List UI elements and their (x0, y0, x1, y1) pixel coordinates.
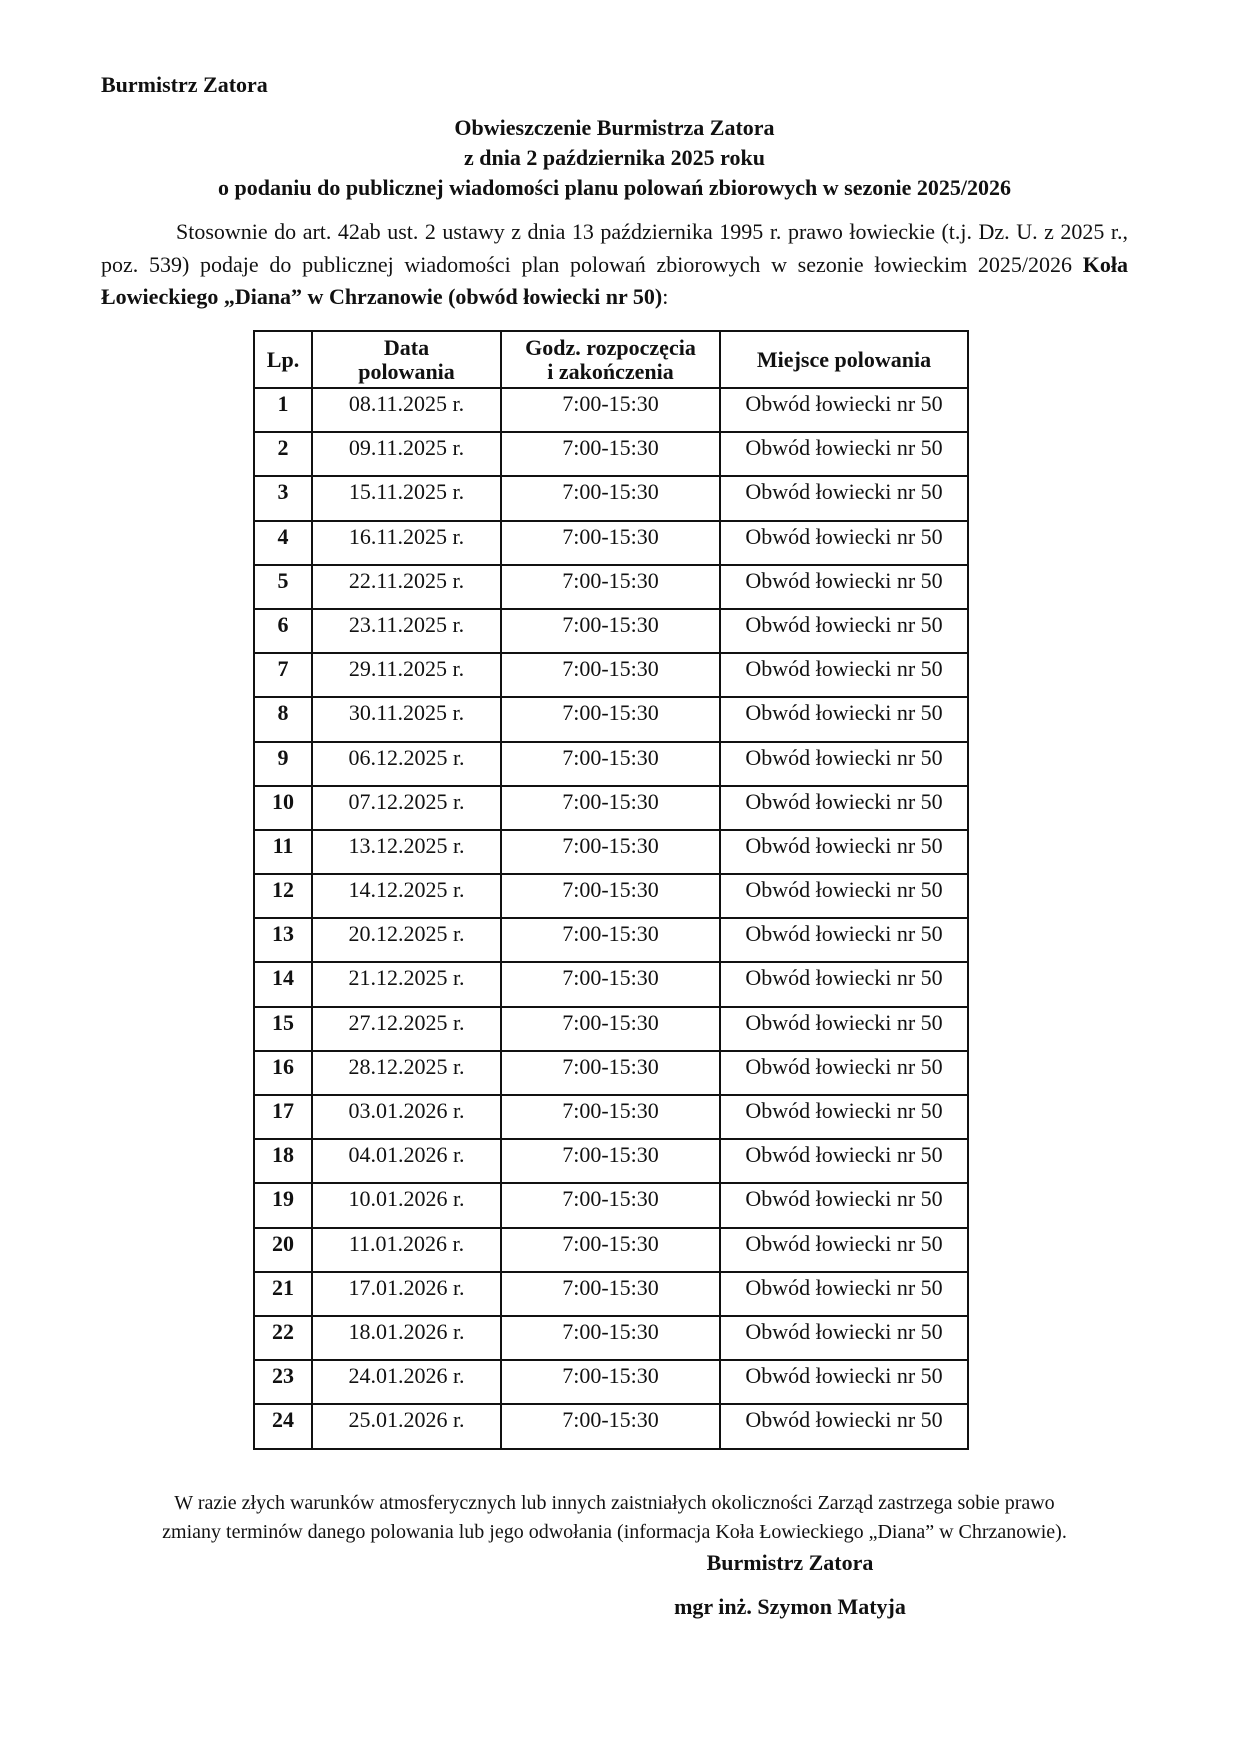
cell-date: 28.12.2025 r. (312, 1051, 501, 1095)
title-line-2: z dnia 2 października 2025 roku (101, 143, 1128, 173)
table-row: 1703.01.2026 r.7:00-15:30Obwód łowiecki … (254, 1095, 968, 1139)
cell-place: Obwód łowiecki nr 50 (720, 830, 968, 874)
cell-date: 17.01.2026 r. (312, 1272, 501, 1316)
cell-place: Obwód łowiecki nr 50 (720, 653, 968, 697)
hunt-schedule-table: Lp.DatapolowaniaGodz. rozpoczęciai zakoń… (253, 330, 969, 1450)
cell-date: 27.12.2025 r. (312, 1007, 501, 1051)
table-row: 2324.01.2026 r.7:00-15:30Obwód łowiecki … (254, 1360, 968, 1404)
header-hours-line: Godz. rozpoczęcia (502, 336, 719, 360)
title-line-1: Obwieszczenie Burmistrza Zatora (101, 113, 1128, 143)
table-row: 1421.12.2025 r.7:00-15:30Obwód łowiecki … (254, 962, 968, 1006)
cell-place: Obwód łowiecki nr 50 (720, 521, 968, 565)
cell-place: Obwód łowiecki nr 50 (720, 1095, 968, 1139)
title-line-3: o podaniu do publicznej wiadomości planu… (101, 173, 1128, 203)
cell-place: Obwód łowiecki nr 50 (720, 874, 968, 918)
cell-place: Obwód łowiecki nr 50 (720, 1316, 968, 1360)
cell-hours: 7:00-15:30 (501, 1007, 720, 1051)
document-title: Obwieszczenie Burmistrza Zatora z dnia 2… (101, 113, 1128, 203)
cell-hours: 7:00-15:30 (501, 1272, 720, 1316)
header-date-line: Data (313, 336, 500, 360)
cell-lp: 10 (254, 786, 312, 830)
cell-place: Obwód łowiecki nr 50 (720, 1404, 968, 1448)
table-row: 209.11.2025 r.7:00-15:30Obwód łowiecki n… (254, 432, 968, 476)
header-date-line: polowania (313, 360, 500, 384)
table-body: 108.11.2025 r.7:00-15:30Obwód łowiecki n… (254, 388, 968, 1449)
cell-lp: 7 (254, 653, 312, 697)
cell-lp: 14 (254, 962, 312, 1006)
signature-name: mgr inż. Szymon Matyja (600, 1592, 980, 1622)
cell-date: 08.11.2025 r. (312, 388, 501, 432)
cell-hours: 7:00-15:30 (501, 1228, 720, 1272)
header-hours: Godz. rozpoczęciai zakończenia (501, 331, 720, 388)
cell-hours: 7:00-15:30 (501, 609, 720, 653)
body-text: Stosownie do art. 42ab ust. 2 ustawy z d… (101, 219, 1128, 277)
cell-place: Obwód łowiecki nr 50 (720, 697, 968, 741)
cell-place: Obwód łowiecki nr 50 (720, 432, 968, 476)
table-row: 906.12.2025 r.7:00-15:30Obwód łowiecki n… (254, 742, 968, 786)
cell-place: Obwód łowiecki nr 50 (720, 1007, 968, 1051)
cell-lp: 8 (254, 697, 312, 741)
cell-lp: 21 (254, 1272, 312, 1316)
cell-hours: 7:00-15:30 (501, 432, 720, 476)
cell-hours: 7:00-15:30 (501, 1404, 720, 1448)
issuer-heading: Burmistrz Zatora (101, 70, 268, 100)
cell-date: 25.01.2026 r. (312, 1404, 501, 1448)
cell-date: 21.12.2025 r. (312, 962, 501, 1006)
body-paragraph: Stosownie do art. 42ab ust. 2 ustawy z d… (101, 216, 1128, 314)
cell-lp: 19 (254, 1183, 312, 1227)
footer-line-2: zmiany terminów danego polowania lub jeg… (101, 1518, 1128, 1547)
cell-lp: 11 (254, 830, 312, 874)
cell-lp: 23 (254, 1360, 312, 1404)
header-hours-line: i zakończenia (502, 360, 719, 384)
cell-hours: 7:00-15:30 (501, 476, 720, 520)
cell-lp: 17 (254, 1095, 312, 1139)
cell-date: 07.12.2025 r. (312, 786, 501, 830)
header-date: Datapolowania (312, 331, 501, 388)
footer-line-1: W razie złych warunków atmosferycznych l… (101, 1489, 1128, 1518)
header-lp: Lp. (254, 331, 312, 388)
cell-date: 03.01.2026 r. (312, 1095, 501, 1139)
cell-place: Obwód łowiecki nr 50 (720, 1272, 968, 1316)
table-row: 108.11.2025 r.7:00-15:30Obwód łowiecki n… (254, 388, 968, 432)
cell-date: 14.12.2025 r. (312, 874, 501, 918)
cell-place: Obwód łowiecki nr 50 (720, 476, 968, 520)
body-end: : (662, 284, 668, 309)
cell-date: 29.11.2025 r. (312, 653, 501, 697)
table-header-row: Lp.DatapolowaniaGodz. rozpoczęciai zakoń… (254, 331, 968, 388)
cell-lp: 24 (254, 1404, 312, 1448)
cell-lp: 18 (254, 1139, 312, 1183)
cell-lp: 2 (254, 432, 312, 476)
cell-hours: 7:00-15:30 (501, 388, 720, 432)
cell-hours: 7:00-15:30 (501, 962, 720, 1006)
cell-lp: 12 (254, 874, 312, 918)
table-row: 2011.01.2026 r.7:00-15:30Obwód łowiecki … (254, 1228, 968, 1272)
cell-hours: 7:00-15:30 (501, 918, 720, 962)
cell-place: Obwód łowiecki nr 50 (720, 786, 968, 830)
cell-place: Obwód łowiecki nr 50 (720, 962, 968, 1006)
table-row: 1007.12.2025 r.7:00-15:30Obwód łowiecki … (254, 786, 968, 830)
cell-date: 13.12.2025 r. (312, 830, 501, 874)
cell-date: 15.11.2025 r. (312, 476, 501, 520)
cell-date: 04.01.2026 r. (312, 1139, 501, 1183)
cell-place: Obwód łowiecki nr 50 (720, 1183, 968, 1227)
cell-place: Obwód łowiecki nr 50 (720, 1051, 968, 1095)
table-row: 1527.12.2025 r.7:00-15:30Obwód łowiecki … (254, 1007, 968, 1051)
cell-hours: 7:00-15:30 (501, 697, 720, 741)
cell-hours: 7:00-15:30 (501, 521, 720, 565)
cell-lp: 22 (254, 1316, 312, 1360)
table-row: 315.11.2025 r.7:00-15:30Obwód łowiecki n… (254, 476, 968, 520)
cell-lp: 15 (254, 1007, 312, 1051)
cell-place: Obwód łowiecki nr 50 (720, 742, 968, 786)
cell-date: 24.01.2026 r. (312, 1360, 501, 1404)
cell-hours: 7:00-15:30 (501, 1095, 720, 1139)
cell-hours: 7:00-15:30 (501, 565, 720, 609)
table-row: 623.11.2025 r.7:00-15:30Obwód łowiecki n… (254, 609, 968, 653)
cell-date: 16.11.2025 r. (312, 521, 501, 565)
cell-date: 09.11.2025 r. (312, 432, 501, 476)
cell-hours: 7:00-15:30 (501, 742, 720, 786)
table-row: 2218.01.2026 r.7:00-15:30Obwód łowiecki … (254, 1316, 968, 1360)
table-row: 416.11.2025 r.7:00-15:30Obwód łowiecki n… (254, 521, 968, 565)
cell-place: Obwód łowiecki nr 50 (720, 1228, 968, 1272)
cell-place: Obwód łowiecki nr 50 (720, 1360, 968, 1404)
cell-place: Obwód łowiecki nr 50 (720, 388, 968, 432)
header-place-line: Miejsce polowania (721, 348, 967, 372)
cell-hours: 7:00-15:30 (501, 830, 720, 874)
table-row: 1320.12.2025 r.7:00-15:30Obwód łowiecki … (254, 918, 968, 962)
cell-date: 30.11.2025 r. (312, 697, 501, 741)
signature-title: Burmistrz Zatora (600, 1548, 980, 1578)
cell-hours: 7:00-15:30 (501, 1316, 720, 1360)
footer-note: W razie złych warunków atmosferycznych l… (101, 1489, 1128, 1547)
table-row: 522.11.2025 r.7:00-15:30Obwód łowiecki n… (254, 565, 968, 609)
cell-lp: 4 (254, 521, 312, 565)
cell-lp: 1 (254, 388, 312, 432)
cell-lp: 16 (254, 1051, 312, 1095)
cell-place: Obwód łowiecki nr 50 (720, 918, 968, 962)
table-row: 2117.01.2026 r.7:00-15:30Obwód łowiecki … (254, 1272, 968, 1316)
header-place: Miejsce polowania (720, 331, 968, 388)
cell-lp: 13 (254, 918, 312, 962)
cell-hours: 7:00-15:30 (501, 1183, 720, 1227)
table-row: 1113.12.2025 r.7:00-15:30Obwód łowiecki … (254, 830, 968, 874)
cell-date: 11.01.2026 r. (312, 1228, 501, 1272)
cell-lp: 6 (254, 609, 312, 653)
cell-date: 18.01.2026 r. (312, 1316, 501, 1360)
cell-lp: 9 (254, 742, 312, 786)
cell-hours: 7:00-15:30 (501, 1139, 720, 1183)
cell-date: 23.11.2025 r. (312, 609, 501, 653)
cell-date: 06.12.2025 r. (312, 742, 501, 786)
cell-place: Obwód łowiecki nr 50 (720, 1139, 968, 1183)
table-row: 1804.01.2026 r.7:00-15:30Obwód łowiecki … (254, 1139, 968, 1183)
table-row: 1628.12.2025 r.7:00-15:30Obwód łowiecki … (254, 1051, 968, 1095)
cell-hours: 7:00-15:30 (501, 1360, 720, 1404)
cell-hours: 7:00-15:30 (501, 653, 720, 697)
cell-hours: 7:00-15:30 (501, 874, 720, 918)
table-row: 729.11.2025 r.7:00-15:30Obwód łowiecki n… (254, 653, 968, 697)
table-row: 1910.01.2026 r.7:00-15:30Obwód łowiecki … (254, 1183, 968, 1227)
cell-date: 20.12.2025 r. (312, 918, 501, 962)
cell-date: 10.01.2026 r. (312, 1183, 501, 1227)
table-row: 1214.12.2025 r.7:00-15:30Obwód łowiecki … (254, 874, 968, 918)
cell-lp: 20 (254, 1228, 312, 1272)
cell-hours: 7:00-15:30 (501, 786, 720, 830)
cell-date: 22.11.2025 r. (312, 565, 501, 609)
header-lp-line: Lp. (255, 348, 311, 372)
cell-place: Obwód łowiecki nr 50 (720, 565, 968, 609)
table-row: 830.11.2025 r.7:00-15:30Obwód łowiecki n… (254, 697, 968, 741)
table-row: 2425.01.2026 r.7:00-15:30Obwód łowiecki … (254, 1404, 968, 1448)
cell-hours: 7:00-15:30 (501, 1051, 720, 1095)
cell-lp: 5 (254, 565, 312, 609)
cell-place: Obwód łowiecki nr 50 (720, 609, 968, 653)
cell-lp: 3 (254, 476, 312, 520)
